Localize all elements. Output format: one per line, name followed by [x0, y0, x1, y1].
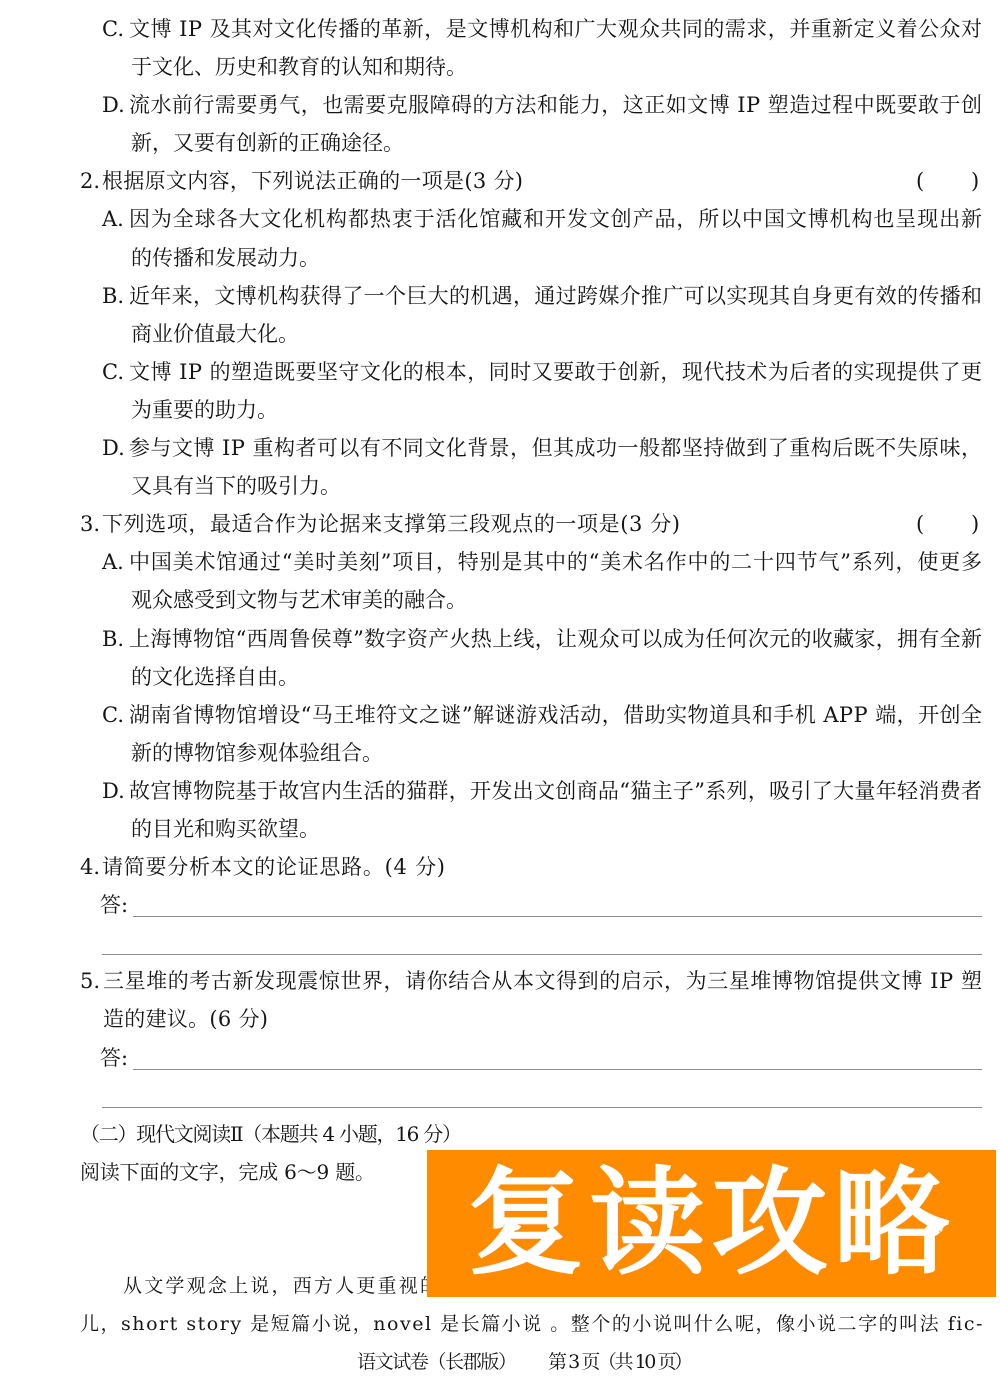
answer-bracket-close: ) [971, 162, 979, 200]
q3-option-a: A. 中国美术馆通过“美时美刻”项目，特别是其中的“美术名作中的二十四节气”系列… [0, 543, 1000, 581]
option-text-cont: 新的博物馆参观体验组合。 [131, 734, 383, 772]
q2-stem: 2. 根据原文内容，下列说法正确的一项是(3 分) ( ) [0, 162, 1000, 200]
q2-option-b-cont: 商业价值最大化。 [0, 315, 1000, 353]
question-stem: 根据原文内容，下列说法正确的一项是(3 分) [102, 162, 523, 200]
option-text: 因为全球各大文化机构都热衷于活化馆藏和开发文创产品，所以中国文博机构也呈现出新 [129, 200, 982, 238]
q1-option-c: C. 文博 IP 及其对文化传播的革新，是文博机构和广大观众共同的需求，并重新定… [0, 10, 1000, 48]
option-label: D. [102, 772, 125, 810]
option-label: C. [102, 10, 124, 48]
exam-page: C. 文博 IP 及其对文化传播的革新，是文博机构和广大观众共同的需求，并重新定… [0, 0, 1000, 1392]
option-text-cont: 商业价值最大化。 [131, 315, 299, 353]
option-text: 流水前行需要勇气，也需要克服障碍的方法和能力，这正如文博 IP 塑造过程中既要敢… [129, 86, 982, 124]
option-text-cont: 又具有当下的吸引力。 [131, 467, 341, 505]
q2-option-b: B. 近年来，文博机构获得了一个巨大的机遇，通过跨媒介推广可以实现其自身更有效的… [0, 277, 1000, 315]
q5-stem: 5. 三星堆的考古新发现震惊世界，请你结合从本文得到的启示，为三星堆博物馆提供文… [0, 962, 1000, 1000]
q2-option-d-cont: 又具有当下的吸引力。 [0, 467, 1000, 505]
answer-line [102, 954, 982, 955]
q3-option-a-cont: 观众感受到文物与艺术审美的融合。 [0, 581, 1000, 619]
option-text-cont: 的文化选择自由。 [131, 658, 299, 696]
answer-bracket-close: ) [971, 505, 979, 543]
q1-option-d: D. 流水前行需要勇气，也需要克服障碍的方法和能力，这正如文博 IP 塑造过程中… [0, 86, 1000, 124]
q3-option-c-cont: 新的博物馆参观体验组合。 [0, 734, 1000, 772]
option-text: 参与文博 IP 重构者可以有不同文化背景，但其成功一般都坚持做到了重构后既不失原… [129, 429, 982, 467]
q3-option-d-cont: 的目光和购买欲望。 [0, 810, 1000, 848]
option-label: B. [102, 277, 124, 315]
q3-stem: 3. 下列选项，最适合作为论据来支撑第三段观点的一项是(3 分) ( ) [0, 505, 1000, 543]
answer-bracket-open: ( [916, 162, 924, 200]
q5-stem-cont: 造的建议。(6 分) [0, 1000, 1000, 1038]
page-footer: 语文试卷（长郡版） 第 3 页（共 10 页） [0, 1343, 1000, 1381]
option-text-cont: 新，又要有创新的正确途径。 [131, 124, 404, 162]
answer-label: 答: [100, 1039, 128, 1077]
option-text: 文博 IP 及其对文化传播的革新，是文博机构和广大观众共同的需求，并重新定义着公… [129, 10, 982, 48]
option-text: 文博 IP 的塑造既要坚守文化的根本，同时又要敢于创新，现代技术为后者的实现提供… [129, 353, 982, 391]
question-stem: 三星堆的考古新发现震惊世界，请你结合从本文得到的启示，为三星堆博物馆提供文博 I… [103, 962, 982, 1000]
section-heading-row: （二）现代文阅读Ⅱ（本题共 4 小题，16 分） [0, 1115, 1000, 1153]
option-text-cont: 的目光和购买欲望。 [131, 810, 320, 848]
option-text: 近年来，文博机构获得了一个巨大的机遇，通过跨媒介推广可以实现其自身更有效的传播和 [129, 277, 982, 315]
q2-option-a-cont: 的传播和发展动力。 [0, 239, 1000, 277]
q3-option-b-cont: 的文化选择自由。 [0, 658, 1000, 696]
q2-option-d: D. 参与文博 IP 重构者可以有不同文化背景，但其成功一般都坚持做到了重构后既… [0, 429, 1000, 467]
q5-answer-row: 答: [0, 1039, 1000, 1077]
option-label: C. [102, 353, 124, 391]
passage-text: 儿，short story 是短篇小说，novel 是长篇小说 。整个的小说叫什… [80, 1305, 982, 1343]
footer-paper-title: 语文试卷（长郡版） [357, 1343, 517, 1381]
footer-page-info: 第 3 页（共 10 页） [548, 1343, 693, 1381]
q4-answer-row: 答: [0, 886, 1000, 924]
option-label: C. [102, 696, 124, 734]
q3-option-d: D. 故宫博物院基于故宫内生活的猫群，开发出文创商品“猫主子”系列，吸引了大量年… [0, 772, 1000, 810]
option-label: B. [102, 620, 124, 658]
answer-line [133, 1069, 982, 1070]
q2-option-c-cont: 为重要的助力。 [0, 391, 1000, 429]
watermark-text: 复读攻略 [468, 1166, 956, 1282]
option-label: A. [102, 200, 124, 238]
option-text: 中国美术馆通过“美时美刻”项目，特别是其中的“美术名作中的二十四节气”系列，使更… [129, 543, 982, 581]
option-text: 上海博物馆“西周鲁侯尊”数字资产火热上线，让观众可以成为任何次元的收藏家，拥有全… [129, 620, 982, 658]
option-text-cont: 观众感受到文物与艺术审美的融合。 [131, 581, 467, 619]
option-label: A. [102, 543, 124, 581]
section-heading: （二）现代文阅读Ⅱ（本题共 4 小题，16 分） [80, 1115, 462, 1153]
q3-option-b: B. 上海博物馆“西周鲁侯尊”数字资产火热上线，让观众可以成为任何次元的收藏家，… [0, 620, 1000, 658]
option-text-cont: 的传播和发展动力。 [131, 239, 320, 277]
question-stem-cont: 造的建议。(6 分) [103, 1000, 268, 1038]
option-text: 故宫博物院基于故宫内生活的猫群，开发出文创商品“猫主子”系列，吸引了大量年轻消费… [129, 772, 982, 810]
question-stem: 请简要分析本文的论证思路。(4 分) [102, 848, 445, 886]
q5-answer-row-2 [0, 1077, 1000, 1115]
option-label: D. [102, 86, 125, 124]
q2-option-a: A. 因为全球各大文化机构都热衷于活化馆藏和开发文创产品，所以中国文博机构也呈现… [0, 200, 1000, 238]
option-text-cont: 于文化、历史和教育的认知和期待。 [131, 48, 467, 86]
answer-line [133, 916, 982, 917]
answer-label: 答: [100, 886, 128, 924]
question-number: 4. [80, 848, 100, 886]
question-stem: 下列选项，最适合作为论据来支撑第三段观点的一项是(3 分) [102, 505, 680, 543]
option-label: D. [102, 429, 125, 467]
question-number: 5. [80, 962, 100, 1000]
q1-option-d-cont: 新，又要有创新的正确途径。 [0, 124, 1000, 162]
q2-option-c: C. 文博 IP 的塑造既要坚守文化的根本，同时又要敢于创新，现代技术为后者的实… [0, 353, 1000, 391]
answer-line [102, 1107, 982, 1108]
option-text: 湖南省博物馆增设“马王堆符文之谜”解谜游戏活动，借助实物道具和手机 APP 端，… [129, 696, 982, 734]
q1-option-c-cont: 于文化、历史和教育的认知和期待。 [0, 48, 1000, 86]
watermark-banner: 复读攻略 [427, 1150, 996, 1297]
answer-bracket-open: ( [916, 505, 924, 543]
section-instruction: 阅读下面的文字，完成 6～9 题。 [80, 1153, 375, 1191]
question-number: 3. [80, 505, 100, 543]
q4-answer-row-2 [0, 924, 1000, 962]
passage-line-2: 儿，short story 是短篇小说，novel 是长篇小说 。整个的小说叫什… [0, 1305, 1000, 1343]
q3-option-c: C. 湖南省博物馆增设“马王堆符文之谜”解谜游戏活动，借助实物道具和手机 APP… [0, 696, 1000, 734]
question-number: 2. [80, 162, 100, 200]
passage-text: 从文学观念上说，西方人更重视的 [123, 1267, 439, 1305]
option-text-cont: 为重要的助力。 [131, 391, 278, 429]
q4-stem: 4. 请简要分析本文的论证思路。(4 分) [0, 848, 1000, 886]
